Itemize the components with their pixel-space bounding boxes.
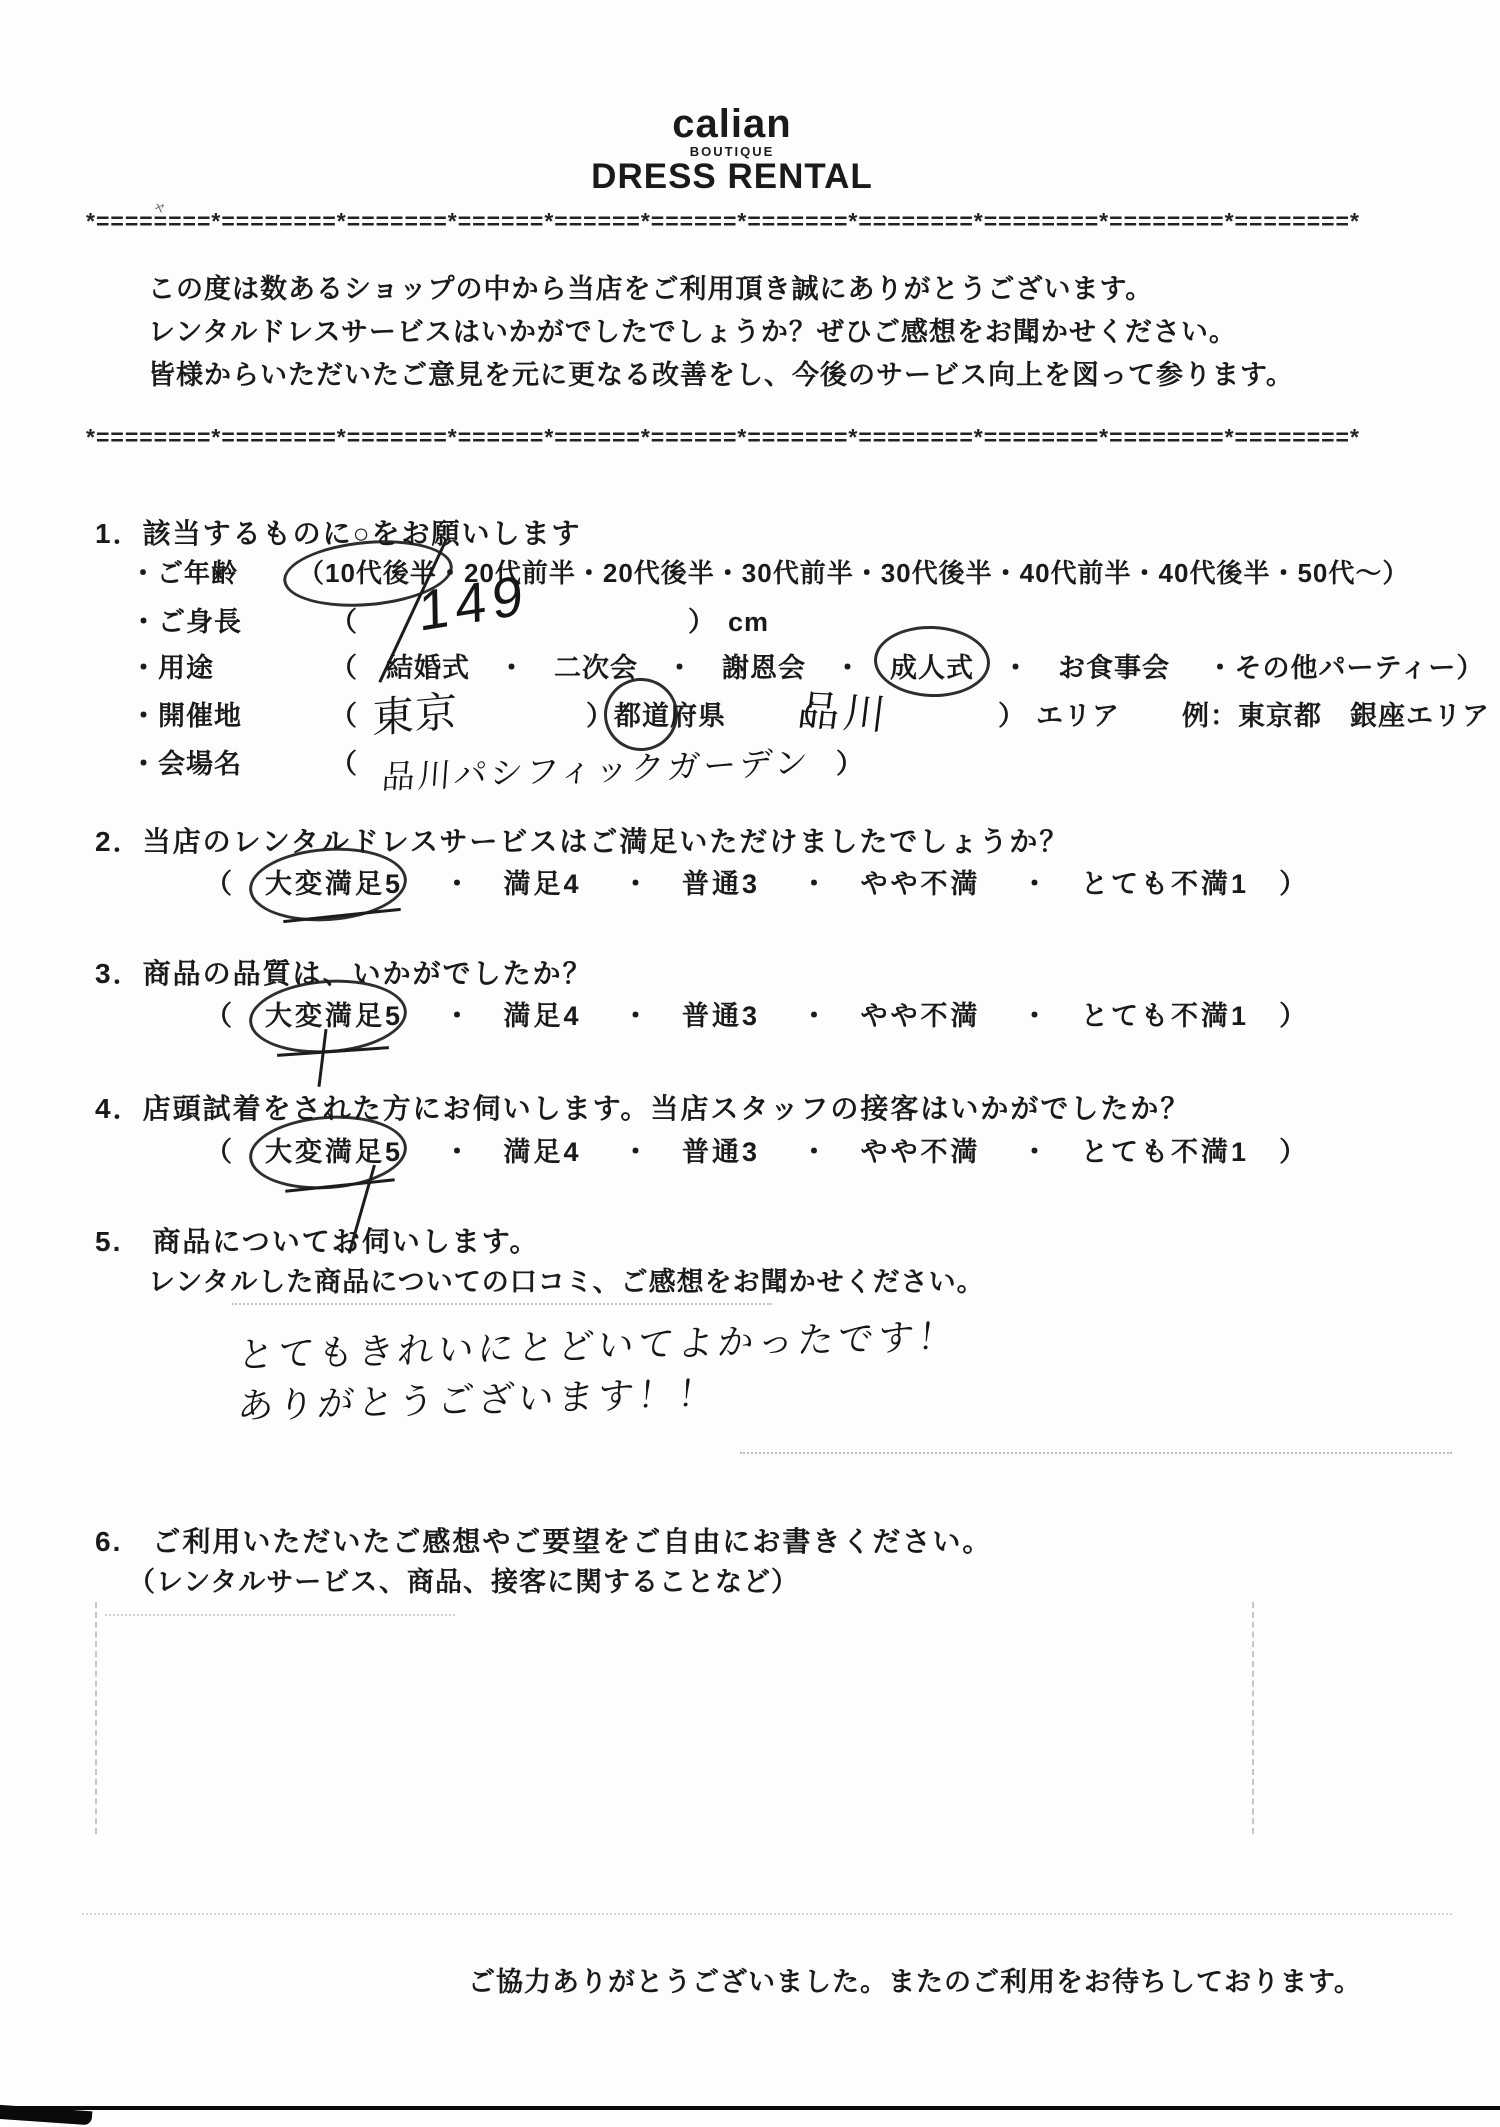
- brand-logo: calian: [0, 104, 1482, 144]
- venue-paren-close: ）: [836, 749, 864, 779]
- usage-label: ・用途: [130, 646, 330, 685]
- q3-options-row: （ 大変満足5 ・ 満足4 ・ 普通3 ・ やや不満 ・ とても不満1 ）: [205, 994, 1309, 1033]
- q3-selected-option: 大変満足: [265, 994, 385, 1033]
- page-title: DRESS RENTAL: [0, 159, 1482, 195]
- usage-selected-option: 成人式: [890, 646, 974, 685]
- area-paren-close: ）: [586, 701, 614, 731]
- pen-stroke: [317, 1029, 327, 1087]
- question2-title: 2．当店のレンタルドレスサービスはご満足いただけましたでしょうか？: [95, 820, 1069, 860]
- area-paren-close-2: ）: [998, 701, 1026, 731]
- area-label: ・開催地: [130, 694, 330, 733]
- age-label: ・ご年齢: [130, 553, 298, 590]
- intro-line: この度は数あるショップの中から当店をご利用頂き誠にありがとうございます。: [148, 268, 1294, 311]
- q2-options-row: （ 大変満足5 ・ 満足4 ・ 普通3 ・ やや不満 ・ とても不満1 ）: [205, 862, 1309, 901]
- prefecture-suffix: 府県: [670, 701, 726, 731]
- pen-stroke: [277, 1046, 389, 1057]
- question1-title: 1．該当するものに○をお願いします: [95, 512, 582, 552]
- q2-options: 5 ・ 満足4 ・ 普通3 ・ やや不満 ・ とても不満1 ）: [385, 869, 1309, 899]
- question5-subtitle: レンタルした商品についての口コミ、ご感想をお聞かせください。: [148, 1260, 985, 1299]
- intro-line: 皆様からいただいたご意見を元に更なる改善をし、今後のサービス向上を図って参ります…: [148, 354, 1294, 397]
- q1-area-row: ・開催地（東京）都道府県（品川）エリア例：東京都 銀座エリア: [130, 694, 1490, 733]
- question6-title: 6. ご利用いただいたご感想やご要望をご自由にお書きください。: [95, 1520, 992, 1560]
- height-paren-open: （: [330, 607, 358, 637]
- separator-line: *========*========*=======*======*======…: [86, 208, 1408, 235]
- height-unit: cm: [728, 607, 769, 637]
- scan-dotted-line: [232, 1303, 772, 1305]
- area-paren-open: （: [330, 701, 358, 731]
- age-options: ・20代前半・20代後半・30代前半・30代後半・40代前半・40代後半・50代…: [437, 558, 1409, 588]
- prefecture-circled-word: 都道: [614, 694, 670, 733]
- separator-line: *========*========*=======*======*======…: [86, 424, 1408, 451]
- q4-selected-option: 大変満足: [265, 1130, 385, 1169]
- age-paren: （: [298, 558, 325, 588]
- free-comment-box: [95, 1602, 1254, 1834]
- scanned-questionnaire-page: calian BOUTIQUE DRESS RENTAL ャ *========…: [0, 0, 1500, 2127]
- pen-stroke: [285, 1178, 395, 1192]
- question6-subtitle: （レンタルサービス、商品、接客に関することなど）: [128, 1560, 799, 1599]
- scan-edge-line: [8, 2106, 1500, 2110]
- q4-options-row: （ 大変満足5 ・ 満足4 ・ 普通3 ・ やや不満 ・ とても不満1 ）: [205, 1130, 1309, 1169]
- handwritten-venue: 品川パシフィックガーデン: [380, 736, 812, 798]
- q3-options: 5 ・ 満足4 ・ 普通3 ・ やや不満 ・ とても不満1 ）: [385, 1001, 1309, 1031]
- question5-title: 5. 商品についてお伺いします。: [95, 1220, 540, 1260]
- q3-paren: （: [205, 1001, 265, 1031]
- scan-dotted-line: [740, 1452, 1452, 1454]
- height-label: ・ご身長: [130, 600, 330, 639]
- area-unit: エリア: [1036, 701, 1120, 731]
- scan-dotted-line: [82, 1913, 1452, 1915]
- header: calian BOUTIQUE DRESS RENTAL: [0, 104, 1482, 195]
- usage-options-post: ・ お食事会 ・その他パーティー）: [974, 653, 1484, 683]
- q2-paren: （: [205, 869, 265, 899]
- q2-selected-option: 大変満足: [265, 862, 385, 901]
- q1-venue-row: ・会場名（品川パシフィックガーデン）: [130, 742, 864, 781]
- handwritten-area: 品川: [794, 678, 893, 743]
- pen-stroke: [283, 908, 401, 923]
- area-example: 例：東京都 銀座エリア: [1182, 701, 1490, 731]
- intro-paragraph: この度は数あるショップの中から当店をご利用頂き誠にありがとうございます。 レンタ…: [148, 268, 1294, 397]
- venue-label: ・会場名: [130, 742, 330, 781]
- footer-thanks: ご協力ありがとうございました。またのご利用をお待ちしております。: [468, 1960, 1362, 1999]
- intro-line: レンタルドレスサービスはいかがでしたでしょうか？ぜひご感想をお聞かせください。: [148, 311, 1294, 354]
- question3-title: 3．商品の品質は、いかがでしたか？: [95, 952, 593, 992]
- q1-age-row: ・ご年齢（10代後半・20代前半・20代後半・30代前半・30代後半・40代前半…: [130, 553, 1409, 590]
- q4-options: 5 ・ 満足4 ・ 普通3 ・ やや不満 ・ とても不満1 ）: [385, 1137, 1309, 1167]
- question4-title: 4．店頭試着をされた方にお伺いします。当店スタッフの接客はいかがでしたか？: [95, 1087, 1190, 1127]
- q1-height-row: ・ご身長（149）cm: [130, 600, 769, 639]
- handwritten-prefecture: 東京: [372, 678, 458, 746]
- height-paren-close: ）: [688, 607, 716, 637]
- venue-paren-open: （: [330, 749, 358, 779]
- q4-paren: （: [205, 1137, 265, 1167]
